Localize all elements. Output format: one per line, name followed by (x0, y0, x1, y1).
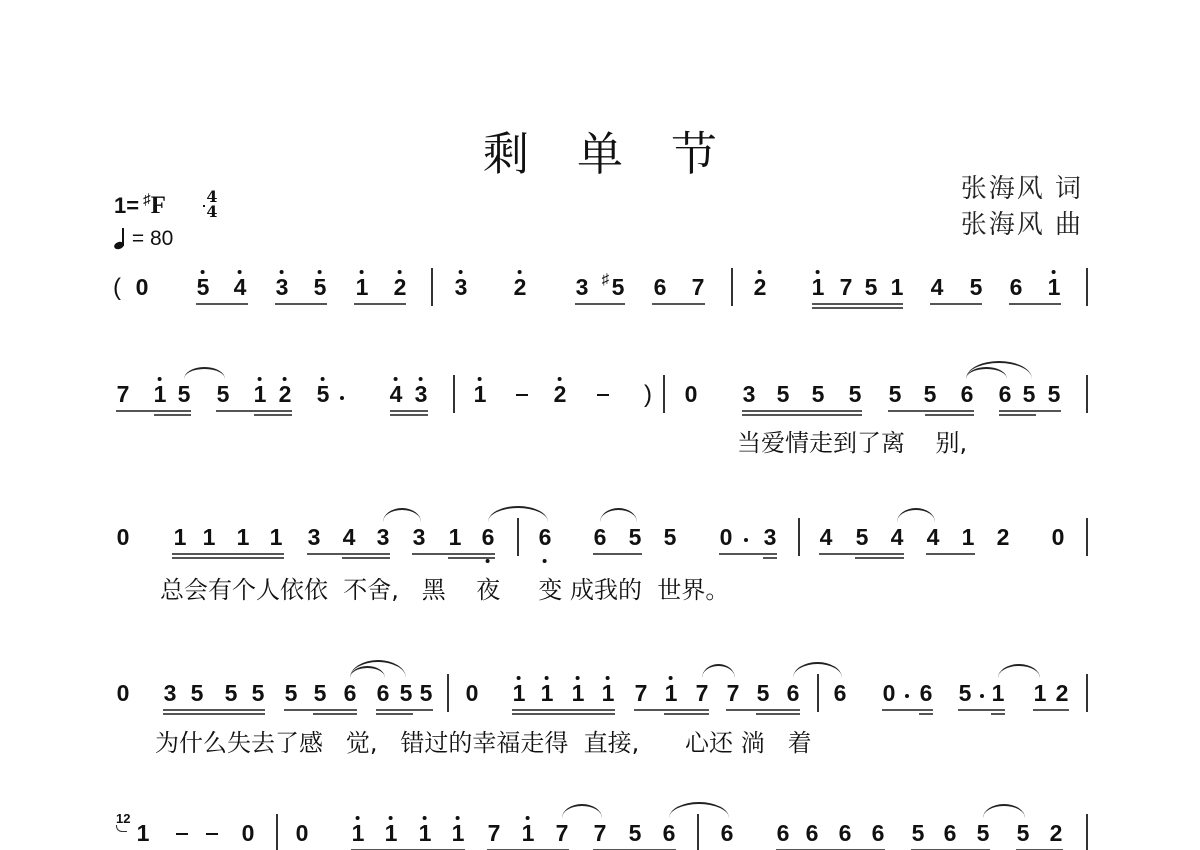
note: 6 (806, 822, 819, 845)
duration-underline (172, 557, 284, 559)
measure-number-label: 12 (116, 811, 130, 826)
duration-underline (116, 410, 191, 412)
duration-underline (756, 713, 800, 715)
note: 5 (314, 276, 327, 299)
duration-underline (999, 410, 1061, 412)
duration-underline (763, 557, 777, 559)
slur-arc (562, 804, 602, 818)
note: 7 (840, 276, 853, 299)
duration-underline (726, 709, 800, 711)
note: 5 (191, 682, 204, 705)
note: 5 (1048, 383, 1061, 406)
slur-arc (793, 662, 842, 678)
duration-underline (925, 414, 974, 416)
duration-underline (991, 713, 1005, 715)
barline (517, 518, 519, 556)
note: 5 (317, 383, 330, 406)
sustain-dash (206, 833, 218, 835)
note: 1 (513, 682, 526, 705)
tempo-value: = 80 (132, 227, 173, 250)
note: 6 (999, 383, 1012, 406)
duration-underline (930, 303, 982, 305)
repeat-parenthesis: ) (644, 381, 652, 409)
note: 1 (1048, 276, 1061, 299)
composer-credit: 张海风 曲 (961, 204, 1083, 241)
note: 5 (217, 383, 230, 406)
duration-underline (412, 553, 495, 555)
note: 3 (276, 276, 289, 299)
note: 7 (692, 276, 705, 299)
note: 1 (992, 682, 1005, 705)
duration-underline (154, 414, 191, 416)
slur-arc (966, 361, 1032, 379)
duration-underline (307, 553, 390, 555)
note: 5 (629, 822, 642, 845)
note: 0 (685, 383, 698, 406)
note: 5 (970, 276, 983, 299)
note: 7 (488, 822, 501, 845)
note: 0 (117, 682, 130, 705)
note: 1 (385, 822, 398, 845)
duration-underline (342, 557, 390, 559)
barline (453, 375, 455, 413)
note: 4 (234, 276, 247, 299)
barline (1086, 375, 1088, 413)
note: 2 (514, 276, 527, 299)
note: 4 (927, 526, 940, 549)
note: 5 (252, 682, 265, 705)
duration-underline (812, 303, 903, 305)
note: 4 (820, 526, 833, 549)
sustain-dash (597, 394, 609, 396)
note: 6 (377, 682, 390, 705)
duration-underline (390, 410, 428, 412)
key-prefix: 1= (114, 193, 139, 218)
note: 5 (178, 383, 191, 406)
augmentation-dot (744, 538, 748, 542)
note: 4 (343, 526, 356, 549)
duration-underline (634, 709, 709, 711)
barline (663, 375, 665, 413)
note: 4 (931, 276, 944, 299)
duration-underline (196, 303, 248, 305)
slur-arc (600, 508, 637, 522)
note: 1 (137, 822, 150, 845)
note: 5 (959, 682, 972, 705)
note: 1 (270, 526, 283, 549)
barline (1086, 814, 1088, 850)
note: 5 (314, 682, 327, 705)
note: 1 (254, 383, 267, 406)
duration-underline (376, 709, 433, 711)
barline (1086, 674, 1088, 712)
note: 5♯ (612, 276, 625, 299)
duration-underline (593, 553, 642, 555)
slur-arc (998, 664, 1040, 678)
duration-underline (313, 713, 357, 715)
barline (431, 268, 433, 306)
note: 4 (891, 526, 904, 549)
note: 3 (576, 276, 589, 299)
duration-underline (448, 557, 495, 559)
note: 0 (720, 526, 733, 549)
note: 7 (696, 682, 709, 705)
barline (1086, 268, 1088, 306)
note: 1 (541, 682, 554, 705)
note: 0 (466, 682, 479, 705)
duration-underline (390, 414, 428, 416)
note: 6 (961, 383, 974, 406)
slur-arc (669, 802, 729, 818)
note: 5 (664, 526, 677, 549)
note: 1 (452, 822, 465, 845)
note: 6 (839, 822, 852, 845)
duration-underline (376, 713, 413, 715)
low-octave-dot (486, 559, 490, 563)
note: 7 (594, 822, 607, 845)
note: 5 (420, 682, 433, 705)
note: 4 (390, 383, 403, 406)
note: 1 (449, 526, 462, 549)
note: 0 (296, 822, 309, 845)
note: 1 (572, 682, 585, 705)
measure-number: 12 (116, 811, 130, 826)
barline (276, 814, 278, 850)
note: 6 (787, 682, 800, 705)
note: 7 (727, 682, 740, 705)
augmentation-dot (905, 694, 909, 698)
note: 5 (197, 276, 210, 299)
note: 5 (889, 383, 902, 406)
slur-arc (488, 506, 548, 522)
note: 5 (912, 822, 925, 845)
slur-arc (383, 508, 421, 522)
duration-underline (819, 553, 904, 555)
duration-underline (216, 410, 292, 412)
note: 5 (400, 682, 413, 705)
note: 6 (920, 682, 933, 705)
note: 1 (522, 822, 535, 845)
augmentation-dot (340, 396, 344, 400)
note: 5 (849, 383, 862, 406)
note: 6 (594, 526, 607, 549)
note: 3 (743, 383, 756, 406)
duration-underline (275, 303, 327, 305)
note: 0 (1052, 526, 1065, 549)
duration-underline (512, 713, 615, 715)
note: 7 (556, 822, 569, 845)
note: 3 (415, 383, 428, 406)
note: 6 (654, 276, 667, 299)
key-letter: F (151, 192, 166, 219)
duration-underline (926, 553, 975, 555)
note: 0 (117, 526, 130, 549)
note: 0 (883, 682, 896, 705)
measure-bracket-icon (116, 825, 127, 832)
duration-underline (254, 414, 292, 416)
slur-arc (983, 804, 1025, 818)
barline (697, 814, 699, 850)
note: 6 (539, 526, 552, 549)
duration-underline (512, 709, 615, 711)
time-signature: 4 4 (203, 189, 221, 219)
duration-underline (1009, 303, 1061, 305)
duration-underline (172, 553, 284, 555)
note: 3 (377, 526, 390, 549)
duration-underline (664, 713, 709, 715)
note: 2 (279, 383, 292, 406)
slur-arc (897, 508, 935, 522)
barline (798, 518, 800, 556)
note: 7 (635, 682, 648, 705)
duration-underline (354, 303, 406, 305)
sharp-icon: ♯ (143, 191, 151, 208)
note: 1 (665, 682, 678, 705)
fraction-line (203, 205, 205, 207)
note: 2 (1050, 822, 1063, 845)
note: 3 (164, 682, 177, 705)
note: 1 (203, 526, 216, 549)
key-signature: 1=♯F (114, 192, 166, 220)
note: 3 (455, 276, 468, 299)
note: 6 (777, 822, 790, 845)
note: 6 (344, 682, 357, 705)
duration-underline (855, 557, 904, 559)
note: 6 (482, 526, 495, 549)
note: 2 (754, 276, 767, 299)
note: 5 (225, 682, 238, 705)
tempo-marking: = 80 (114, 227, 173, 251)
barline (731, 268, 733, 306)
note: 0 (136, 276, 149, 299)
note: 5 (812, 383, 825, 406)
note: 1 (1034, 682, 1047, 705)
note: 5 (757, 682, 770, 705)
duration-underline (888, 410, 974, 412)
duration-underline (958, 709, 1005, 711)
note: 6 (944, 822, 957, 845)
note: 1 (237, 526, 250, 549)
duration-underline (1033, 709, 1069, 711)
note: 1 (812, 276, 825, 299)
sharp-icon: ♯ (602, 268, 610, 291)
note: 5 (777, 383, 790, 406)
note: 3 (764, 526, 777, 549)
note: 1 (352, 822, 365, 845)
barline (817, 674, 819, 712)
note: 6 (834, 682, 847, 705)
note: 1 (356, 276, 369, 299)
note: 5 (285, 682, 298, 705)
duration-underline (742, 410, 862, 412)
note: 6 (721, 822, 734, 845)
lyric-line: 为什么失去了感 觉, 错过的幸福走得 直接, 心还 淌 着 (155, 723, 812, 758)
slur-arc (702, 664, 735, 678)
quarter-note-icon (114, 227, 126, 249)
duration-underline (999, 414, 1036, 416)
note: 5 (865, 276, 878, 299)
duration-underline (882, 709, 933, 711)
augmentation-dot (980, 694, 984, 698)
note: 5 (629, 526, 642, 549)
slur-arc (184, 367, 225, 379)
note: 2 (554, 383, 567, 406)
duration-underline (575, 303, 625, 305)
note: 6 (872, 822, 885, 845)
low-octave-dot (543, 559, 547, 563)
note: 5 (1023, 383, 1036, 406)
sustain-dash (176, 833, 188, 835)
repeat-parenthesis: ( (113, 274, 121, 302)
note: 5 (1017, 822, 1030, 845)
note: 0 (242, 822, 255, 845)
duration-underline (163, 709, 265, 711)
lyricist-credit: 张海风 词 (961, 168, 1083, 205)
note: 1 (891, 276, 904, 299)
note: 1 (174, 526, 187, 549)
note: 5 (924, 383, 937, 406)
lyric-line: 总会有个人依依 不舍, 黑 夜 变 成我的 世界。 (160, 570, 729, 605)
duration-underline (919, 713, 933, 715)
note: 3 (308, 526, 321, 549)
slur-arc (350, 660, 406, 678)
note: 1 (474, 383, 487, 406)
note: 2 (997, 526, 1010, 549)
note: 6 (1010, 276, 1023, 299)
duration-underline (163, 713, 265, 715)
note: 6 (663, 822, 676, 845)
note: 3 (413, 526, 426, 549)
note: 5 (977, 822, 990, 845)
note: 5 (856, 526, 869, 549)
duration-underline (719, 553, 777, 555)
time-denominator: 4 (203, 204, 221, 219)
duration-underline (652, 303, 705, 305)
note: 1 (962, 526, 975, 549)
lyric-line: 当爱情走到了离 别, (737, 423, 967, 458)
duration-underline (742, 414, 862, 416)
duration-underline (812, 307, 903, 309)
sustain-dash (516, 394, 528, 396)
barline (447, 674, 449, 712)
note: 1 (602, 682, 615, 705)
barline (1086, 518, 1088, 556)
note: 1 (154, 383, 167, 406)
note: 2 (394, 276, 407, 299)
duration-underline (284, 709, 357, 711)
note: 2 (1056, 682, 1069, 705)
note: 1 (419, 822, 432, 845)
note: 7 (117, 383, 130, 406)
